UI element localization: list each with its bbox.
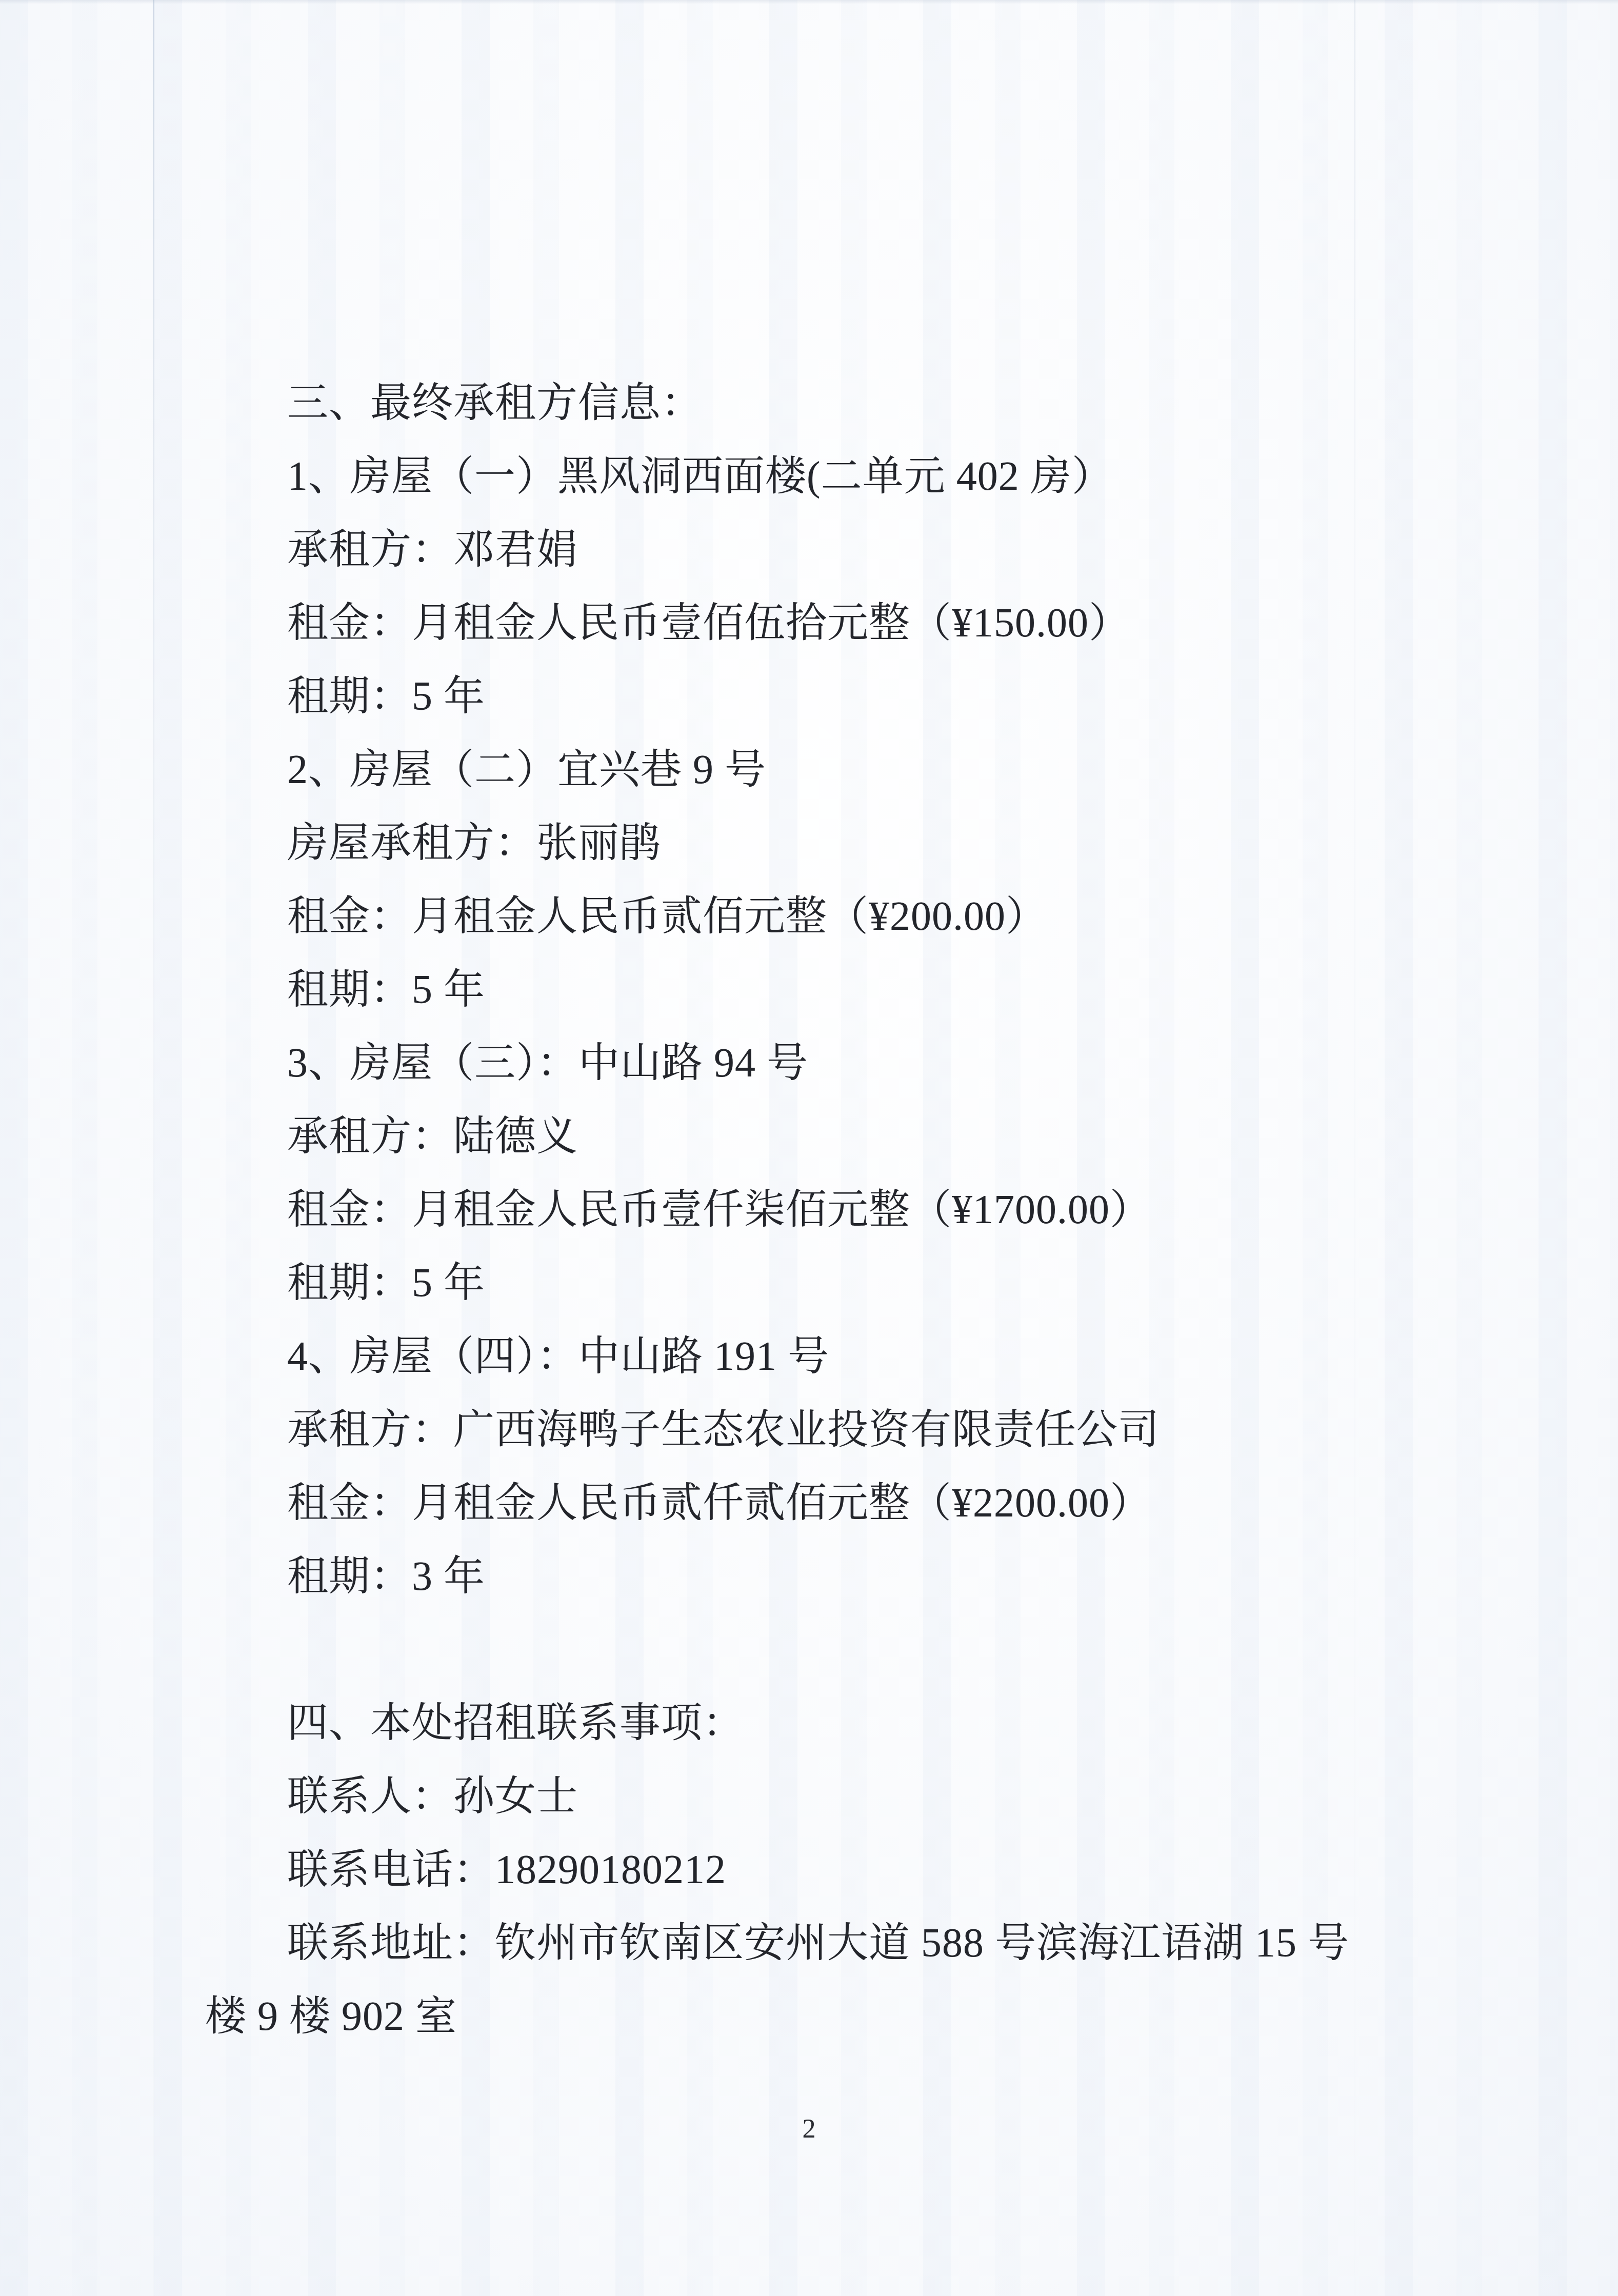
document-line: 租期：3 年	[205, 1540, 1539, 1613]
document-line: 承租方：陆德义	[205, 1100, 1539, 1173]
document-line: 联系人：孙女士	[205, 1760, 1539, 1833]
document-line: 租金：月租金人民币壹佰伍拾元整（¥150.00）	[205, 587, 1539, 660]
document-line: 联系地址：钦州市钦南区安州大道 588 号滨海江语湖 15 号	[205, 1907, 1539, 1980]
document-line: 联系电话：18290180212	[205, 1833, 1539, 1907]
document-line: 1、房屋（一）黑风洞西面楼(二单元 402 房）	[205, 440, 1539, 513]
document-body: 三、最终承租方信息：1、房屋（一）黑风洞西面楼(二单元 402 房）承租方：邓君…	[205, 367, 1539, 2053]
document-line: 租金：月租金人民币壹仟柒佰元整（¥1700.00）	[205, 1173, 1539, 1247]
document-line: 租期：5 年	[205, 660, 1539, 733]
document-line: 三、最终承租方信息：	[205, 367, 1539, 440]
page-number: 2	[0, 2114, 1618, 2145]
document-line: 租期：5 年	[205, 953, 1539, 1027]
document-line: 房屋承租方：张丽鹃	[205, 807, 1539, 880]
document-line: 楼 9 楼 902 室	[205, 1980, 1539, 2053]
document-line: 承租方：广西海鸭子生态农业投资有限责任公司	[205, 1393, 1539, 1467]
document-line: 租金：月租金人民币贰佰元整（¥200.00）	[205, 880, 1539, 953]
document-line: 4、房屋（四）：中山路 191 号	[205, 1320, 1539, 1393]
document-line: 四、本处招租联系事项：	[205, 1687, 1539, 1760]
document-line: 租金：月租金人民币贰仟贰佰元整（¥2200.00）	[205, 1467, 1539, 1540]
document-line: 承租方：邓君娟	[205, 513, 1539, 587]
scan-fold-line-left	[153, 0, 154, 2296]
document-line: 租期：5 年	[205, 1247, 1539, 1320]
document-page: 三、最终承租方信息：1、房屋（一）黑风洞西面楼(二单元 402 房）承租方：邓君…	[0, 0, 1618, 2296]
document-line: 3、房屋（三）：中山路 94 号	[205, 1027, 1539, 1100]
document-line: 2、房屋（二）宜兴巷 9 号	[205, 733, 1539, 807]
document-line	[205, 1613, 1539, 1687]
